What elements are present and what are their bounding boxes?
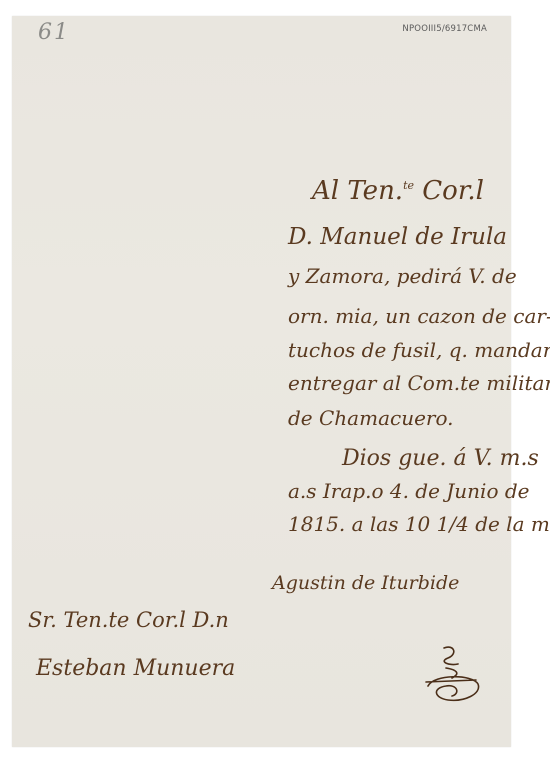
body-line-1: D. Manuel de Irula	[288, 226, 507, 249]
catalog-reference: NPOOIII5/6917CMA	[402, 24, 487, 34]
body-line-3: orn. mia, un cazon de car-	[288, 306, 550, 326]
heading-superscript: te	[403, 179, 414, 192]
heading-end: Cor.l	[422, 176, 484, 206]
body-line-5: entregar al Com.te militar	[288, 373, 550, 393]
recipient-line-2: Esteban Munuera	[36, 656, 235, 681]
closing-line-3: 1815. a las 10 1/4 de la mañ.a	[288, 514, 550, 534]
addressee-heading: Al Ten.te Cor.l	[312, 178, 484, 204]
signature-name: Agustin de Iturbide	[272, 572, 459, 594]
heading-start: Al Ten.	[312, 176, 403, 206]
signature-rubric-icon	[424, 644, 484, 702]
manuscript-page: 61 NPOOIII5/6917CMA Al Ten.te Cor.l D. M…	[12, 16, 511, 747]
folio-number: 61	[38, 20, 70, 45]
body-line-6: de Chamacuero.	[288, 408, 454, 428]
body-line-4: tuchos de fusil, q. mandará	[288, 340, 550, 360]
recipient-line-1: Sr. Ten.te Cor.l D.n	[28, 608, 229, 632]
body-line-2: y Zamora, pedirá V. de	[288, 266, 517, 286]
closing-line-1: Dios gue. á V. m.s	[342, 448, 539, 470]
closing-line-2: a.s Irap.o 4. de Junio de	[288, 481, 530, 501]
